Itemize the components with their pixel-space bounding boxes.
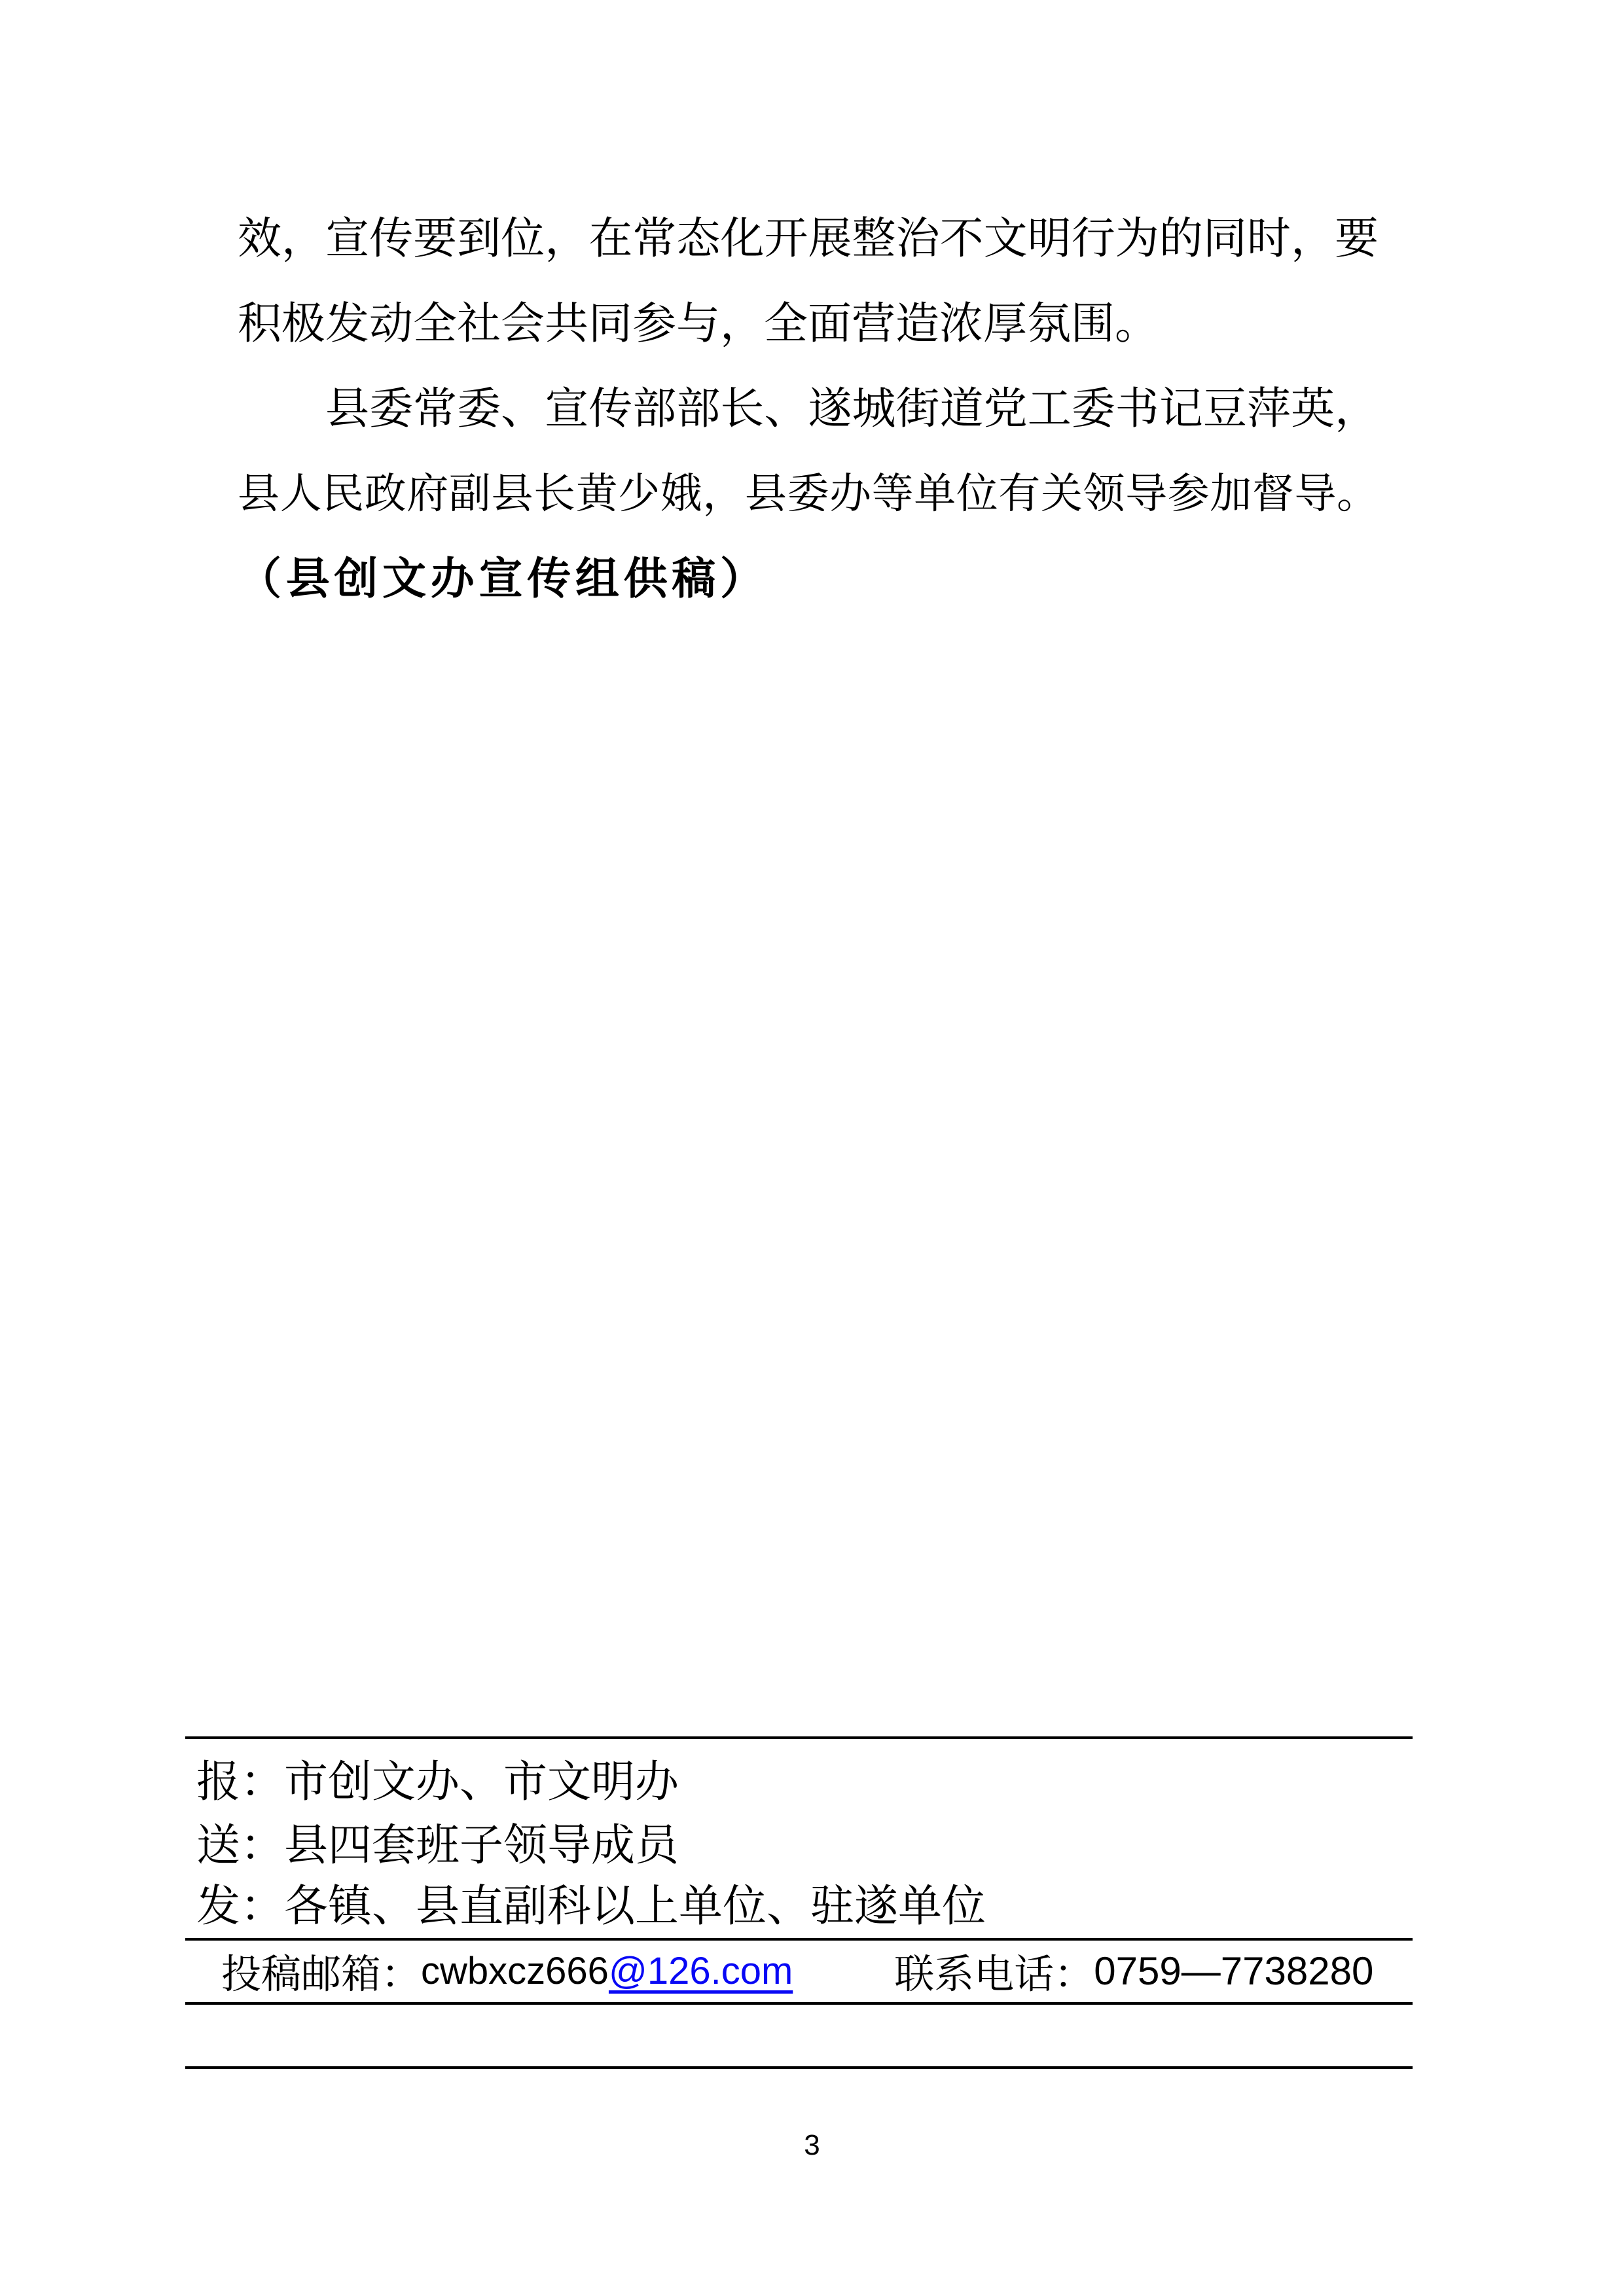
body-line-credit: （县创文办宣传组供稿） <box>238 537 764 622</box>
body-line-2: 积极发动全社会共同参与，全面营造浓厚氛围。 <box>238 281 1159 367</box>
phone-number: 0759—7738280 <box>1094 1948 1373 1994</box>
body-line-3: 县委常委、宣传部部长、遂城街道党工委书记豆萍英， <box>238 367 1379 452</box>
document-body: 效，宣传要到位，在常态化开展整治不文明行为的同时，要 积极发动全社会共同参与，全… <box>238 196 1379 622</box>
document-page: 效，宣传要到位，在常态化开展整治不文明行为的同时，要 积极发动全社会共同参与，全… <box>0 0 1624 2296</box>
email-label: 投稿邮箱： <box>221 1943 421 2000</box>
colophon-rule-top <box>185 1736 1413 1739</box>
colophon-send-line: 送：县四套班子领导成员 <box>196 1818 679 1873</box>
email-user: cwbxcz666 <box>421 1949 609 1993</box>
contact-row: 投稿邮箱： cwbxcz666 @126.com 联系电话： 0759—7738… <box>185 1941 1413 2001</box>
email-link[interactable]: @126.com <box>609 1949 793 1993</box>
colophon-rule-bottom <box>185 2066 1413 2069</box>
phone-label: 联系电话： <box>894 1943 1094 2000</box>
page-number: 3 <box>0 2128 1624 2162</box>
colophon-issue-line: 发：各镇、县直副科以上单位、驻遂单位 <box>196 1879 986 1934</box>
colophon-rule-lower <box>185 2002 1413 2005</box>
body-line-4: 县人民政府副县长黄少娥，县委办等单位有关领导参加督导。 <box>238 452 1379 537</box>
colophon-report-line: 报：市创文办、市文明办 <box>196 1755 679 1810</box>
body-line-1: 效，宣传要到位，在常态化开展整治不文明行为的同时，要 <box>238 196 1379 281</box>
